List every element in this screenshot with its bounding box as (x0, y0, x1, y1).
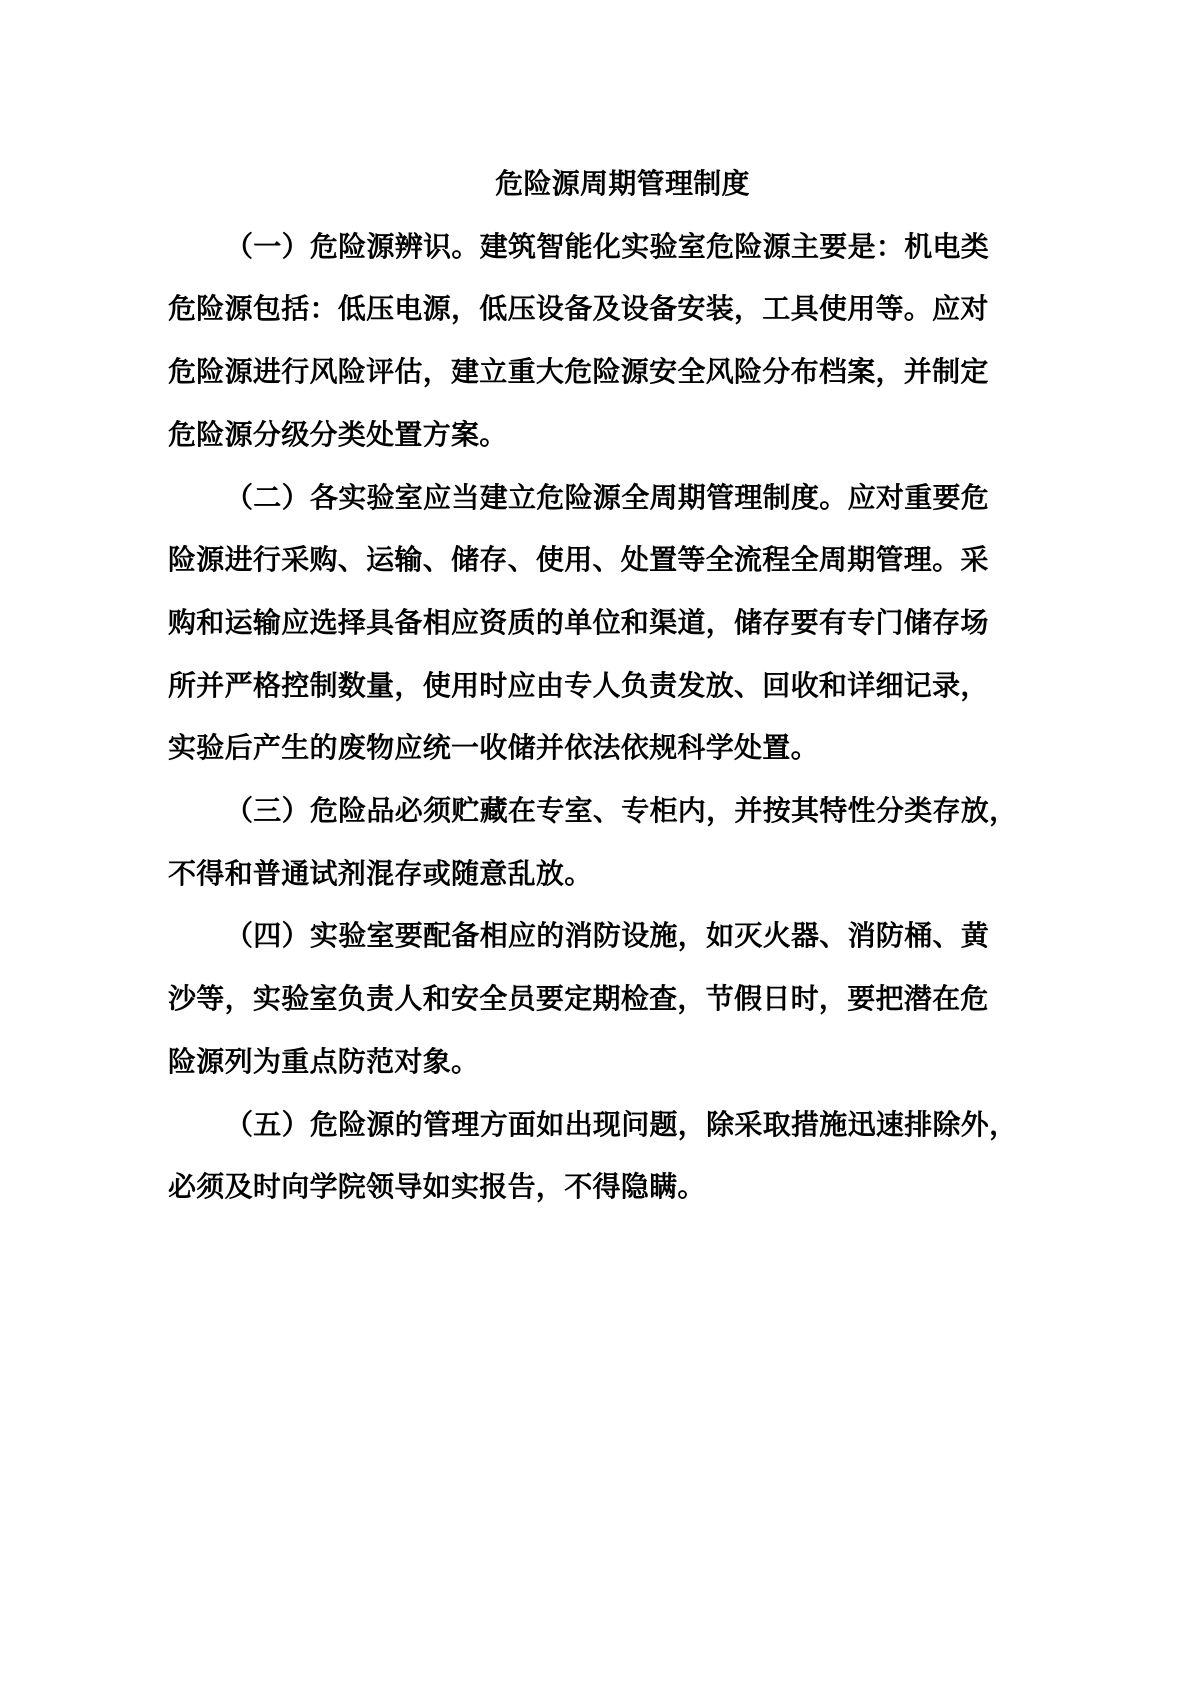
paragraph-4: （四）实验室要配备相应的消防设施，如灭火器、消防桶、黄 沙等，实验室负责人和安全… (168, 905, 1020, 1093)
document-body: 危险源周期管理制度 （一）危险源辨识。建筑智能化实验室危险源主要是：机电类 危险… (168, 153, 1020, 1219)
text-line: 不得和普通试剂混存或随意乱放。 (168, 843, 1020, 906)
text-line: 危险源分级分类处置方案。 (168, 404, 1020, 467)
text-line: （一）危险源辨识。建筑智能化实验室危险源主要是：机电类 (168, 216, 1020, 279)
text-line: 险源进行采购、运输、储存、使用、处置等全流程全周期管理。采 (168, 529, 1020, 592)
text-line: 实验后产生的废物应统一收储并依法依规科学处置。 (168, 717, 1020, 780)
text-line: （二）各实验室应当建立危险源全周期管理制度。应对重要危 (168, 467, 1020, 530)
paragraph-2: （二）各实验室应当建立危险源全周期管理制度。应对重要危 险源进行采购、运输、储存… (168, 467, 1020, 781)
document-title: 危险源周期管理制度 (168, 153, 1020, 216)
text-line: （三）危险品必须贮藏在专室、专柜内，并按其特性分类存放， (168, 780, 1020, 843)
text-line: 必须及时向学院领导如实报告，不得隐瞒。 (168, 1156, 1020, 1219)
text-line: （四）实验室要配备相应的消防设施，如灭火器、消防桶、黄 (168, 905, 1020, 968)
paragraph-3: （三）危险品必须贮藏在专室、专柜内，并按其特性分类存放， 不得和普通试剂混存或随… (168, 780, 1020, 905)
text-line: （五）危险源的管理方面如出现问题，除采取措施迅速排除外， (168, 1094, 1020, 1157)
text-line: 沙等，实验室负责人和安全员要定期检查，节假日时，要把潜在危 (168, 968, 1020, 1031)
text-line: 危险源包括：低压电源，低压设备及设备安装，工具使用等。应对 (168, 278, 1020, 341)
text-line: 所并严格控制数量，使用时应由专人负责发放、回收和详细记录， (168, 655, 1020, 718)
text-line: 险源列为重点防范对象。 (168, 1031, 1020, 1094)
text-line: 危险源进行风险评估，建立重大危险源安全风险分布档案，并制定 (168, 341, 1020, 404)
paragraph-1: （一）危险源辨识。建筑智能化实验室危险源主要是：机电类 危险源包括：低压电源，低… (168, 216, 1020, 467)
document-page: 危险源周期管理制度 （一）危险源辨识。建筑智能化实验室危险源主要是：机电类 危险… (0, 0, 1190, 1683)
paragraph-5: （五）危险源的管理方面如出现问题，除采取措施迅速排除外， 必须及时向学院领导如实… (168, 1094, 1020, 1219)
text-line: 购和运输应选择具备相应资质的单位和渠道，储存要有专门储存场 (168, 592, 1020, 655)
